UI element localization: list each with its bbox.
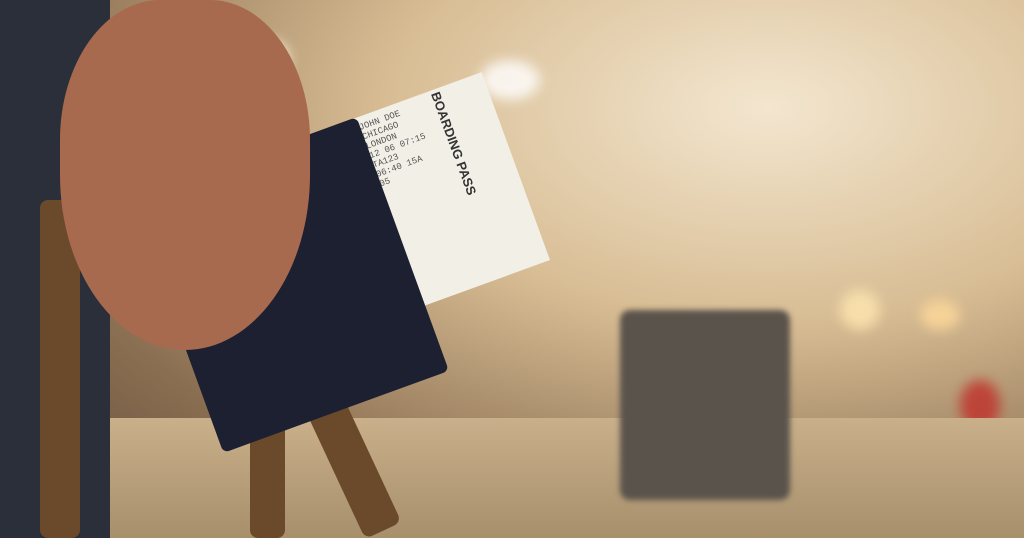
rolling-suitcase (620, 310, 790, 500)
light-bokeh (840, 290, 880, 330)
terminal-floor (0, 418, 1024, 538)
hand (60, 0, 310, 350)
light-bokeh (920, 300, 960, 330)
